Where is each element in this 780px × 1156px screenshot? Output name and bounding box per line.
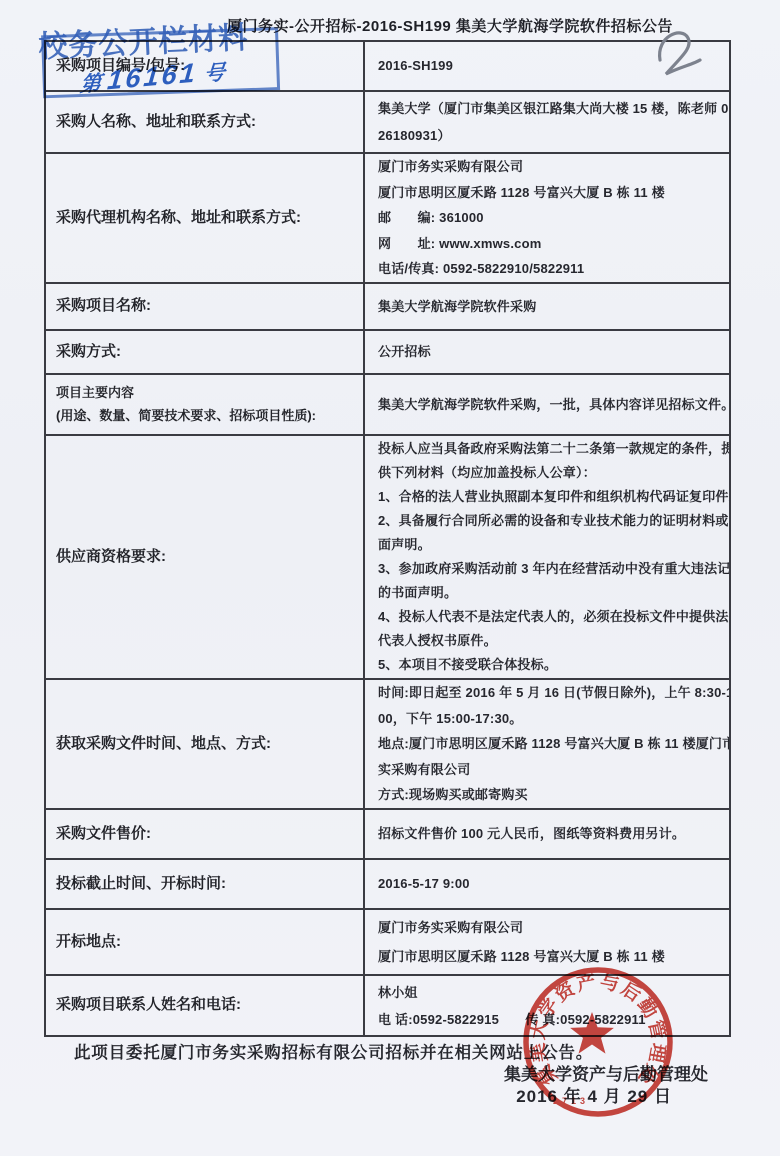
table-row-document-price: 采购文件售价: 招标文件售价 100 元人民币，图纸等资料费用另计。 bbox=[46, 808, 729, 858]
table-row-agency: 采购代理机构名称、地址和联系方式: 厦门市务实采购有限公司 厦门市思明区厦禾路 … bbox=[46, 152, 729, 282]
row-value: 投标人应当具备政府采购法第二十二条第一款规定的条件，提 供下列材料（均应加盖投标… bbox=[363, 436, 729, 678]
table-row-project-id: 采购项目编号/包号: 2016-SH199 bbox=[46, 42, 729, 90]
scanned-document-page: 厦门务实-公开招标-2016-SH199 集美大学航海学院软件招标公告 采购项目… bbox=[0, 0, 780, 1156]
table-row-document-obtain: 获取采购文件时间、地点、方式: 时间:即日起至 2016 年 5 月 16 日(… bbox=[46, 678, 729, 808]
table-row-method: 采购方式: 公开招标 bbox=[46, 329, 729, 373]
table-row-contact: 采购项目联系人姓名和电话: 林小姐 电 话:0592-5822915 传 真:0… bbox=[46, 974, 729, 1035]
row-value: 招标文件售价 100 元人民币，图纸等资料费用另计。 bbox=[363, 810, 729, 858]
footer-date: 2016 年 4 月 29 日 bbox=[0, 1082, 672, 1107]
row-value: 林小姐 电 话:0592-5822915 传 真:0592-5822911 bbox=[363, 976, 729, 1035]
row-value: 集美大学航海学院软件采购 bbox=[363, 284, 729, 329]
row-value: 2016-5-17 9:00 bbox=[363, 860, 729, 908]
row-label: 采购项目联系人姓名和电话: bbox=[46, 976, 363, 1035]
table-row-main-content: 项目主要内容 (用途、数量、简要技术要求、招标项目性质): 集美大学航海学院软件… bbox=[46, 373, 729, 434]
row-label: 采购项目名称: bbox=[46, 284, 363, 329]
row-label: 投标截止时间、开标时间: bbox=[46, 860, 363, 908]
row-label: 采购方式: bbox=[46, 331, 363, 373]
row-value: 厦门市务实采购有限公司 厦门市思明区厦禾路 1128 号富兴大厦 B 栋 11 … bbox=[363, 910, 729, 974]
row-value: 公开招标 bbox=[363, 331, 729, 373]
row-value: 集美大学（厦门市集美区银江路集大尚大楼 15 楼，陈老师 059 2618093… bbox=[363, 92, 729, 152]
table-row-deadline: 投标截止时间、开标时间: 2016-5-17 9:00 bbox=[46, 858, 729, 908]
row-label: 项目主要内容 (用途、数量、简要技术要求、招标项目性质): bbox=[46, 375, 363, 434]
row-label: 采购代理机构名称、地址和联系方式: bbox=[46, 154, 363, 282]
row-label: 采购人名称、地址和联系方式: bbox=[46, 92, 363, 152]
table-row-purchaser: 采购人名称、地址和联系方式: 集美大学（厦门市集美区银江路集大尚大楼 15 楼，… bbox=[46, 90, 729, 152]
row-label: 采购项目编号/包号: bbox=[46, 42, 363, 90]
row-label: 供应商资格要求: bbox=[46, 436, 363, 678]
row-value: 时间:即日起至 2016 年 5 月 16 日(节假日除外)，上午 8:30-1… bbox=[363, 680, 729, 808]
row-label: 开标地点: bbox=[46, 910, 363, 974]
row-label: 获取采购文件时间、地点、方式: bbox=[46, 680, 363, 808]
row-label: 采购文件售价: bbox=[46, 810, 363, 858]
table-row-supplier-qualification: 供应商资格要求: 投标人应当具备政府采购法第二十二条第一款规定的条件，提 供下列… bbox=[46, 434, 729, 678]
table-row-opening-location: 开标地点: 厦门市务实采购有限公司 厦门市思明区厦禾路 1128 号富兴大厦 B… bbox=[46, 908, 729, 974]
row-value: 厦门市务实采购有限公司 厦门市思明区厦禾路 1128 号富兴大厦 B 栋 11 … bbox=[363, 154, 729, 282]
row-value: 集美大学航海学院软件采购，一批，具体内容详见招标文件。 bbox=[363, 375, 729, 434]
table-row-project-name: 采购项目名称: 集美大学航海学院软件采购 bbox=[46, 282, 729, 329]
announcement-table: 采购项目编号/包号: 2016-SH199 采购人名称、地址和联系方式: 集美大… bbox=[44, 40, 731, 1037]
handwritten-page-mark bbox=[648, 22, 706, 86]
